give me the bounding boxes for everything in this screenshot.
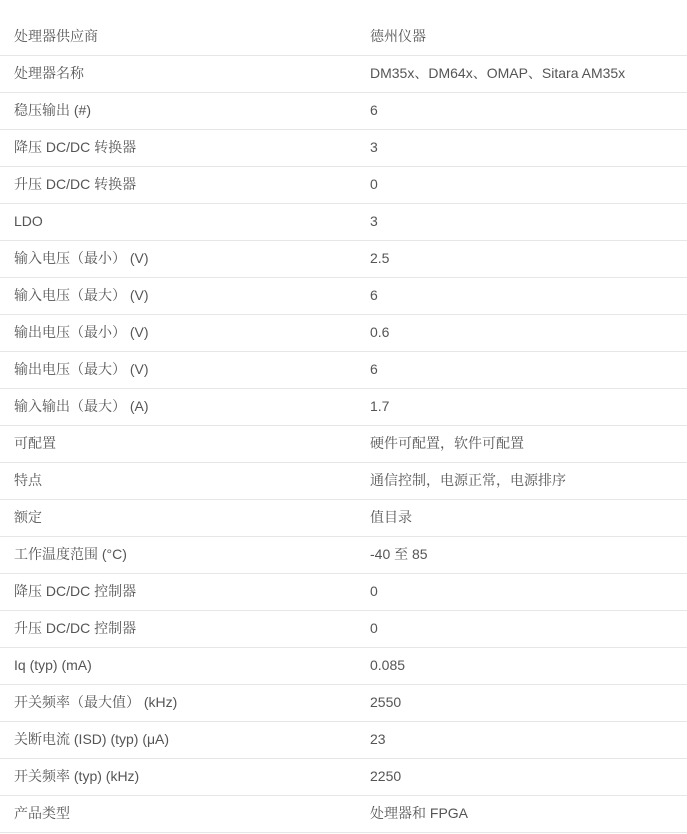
spec-label: 开关频率（最大值） (kHz) xyxy=(14,694,370,712)
spec-row: LDO 3 xyxy=(0,204,687,241)
spec-value: DM35x、DM64x、OMAP、Sitara AM35x xyxy=(370,65,687,83)
spec-row: 产品类型 处理器和 FPGA xyxy=(0,796,687,833)
spec-row: 关断电流 (ISD) (typ) (μA) 23 xyxy=(0,722,687,759)
spec-label: 稳压输出 (#) xyxy=(14,102,370,120)
spec-row: 输出电压（最大） (V) 6 xyxy=(0,352,687,389)
spec-row: 升压 DC/DC 转换器 0 xyxy=(0,167,687,204)
spec-value: 0 xyxy=(370,620,687,638)
spec-value: 3 xyxy=(370,213,687,231)
spec-label: 升压 DC/DC 控制器 xyxy=(14,620,370,638)
spec-label: 升压 DC/DC 转换器 xyxy=(14,176,370,194)
spec-value: 值目录 xyxy=(370,509,687,527)
spec-row: 处理器供应商 德州仪器 xyxy=(0,19,687,56)
spec-label: 输出电压（最大） (V) xyxy=(14,361,370,379)
spec-row: 输入输出（最大） (A) 1.7 xyxy=(0,389,687,426)
spec-label: 降压 DC/DC 转换器 xyxy=(14,139,370,157)
spec-value: 23 xyxy=(370,731,687,749)
spec-row: 特点 通信控制，电源正常，电源排序 xyxy=(0,463,687,500)
spec-label: 关断电流 (ISD) (typ) (μA) xyxy=(14,731,370,749)
spec-label: 特点 xyxy=(14,472,370,490)
spec-label: 工作温度范围 (°C) xyxy=(14,546,370,564)
spec-value: 3 xyxy=(370,139,687,157)
spec-label: 可配置 xyxy=(14,435,370,453)
spec-row: 输出电压（最小） (V) 0.6 xyxy=(0,315,687,352)
spec-value: 0 xyxy=(370,583,687,601)
spec-label: 输入输出（最大） (A) xyxy=(14,398,370,416)
spec-row: 额定 值目录 xyxy=(0,500,687,537)
spec-row: 处理器名称 DM35x、DM64x、OMAP、Sitara AM35x xyxy=(0,56,687,93)
spec-value: 0.085 xyxy=(370,657,687,675)
spec-row: 开关频率（最大值） (kHz) 2550 xyxy=(0,685,687,722)
spec-row: 开关频率 (typ) (kHz) 2250 xyxy=(0,759,687,796)
spec-page: 处理器供应商 德州仪器 处理器名称 DM35x、DM64x、OMAP、Sitar… xyxy=(0,0,687,834)
spec-value: 0.6 xyxy=(370,324,687,342)
spec-row: 降压 DC/DC 转换器 3 xyxy=(0,130,687,167)
spec-value: 0 xyxy=(370,176,687,194)
spec-label: 处理器名称 xyxy=(14,65,370,83)
spec-row: 工作温度范围 (°C) -40 至 85 xyxy=(0,537,687,574)
spec-value: 德州仪器 xyxy=(370,28,687,46)
spec-value: 2250 xyxy=(370,768,687,786)
spec-row: 稳压输出 (#) 6 xyxy=(0,93,687,130)
spec-row: 升压 DC/DC 控制器 0 xyxy=(0,611,687,648)
spec-row: 降压 DC/DC 控制器 0 xyxy=(0,574,687,611)
spec-row: 输入电压（最大） (V) 6 xyxy=(0,278,687,315)
spec-value: 2550 xyxy=(370,694,687,712)
spec-row: 输入电压（最小） (V) 2.5 xyxy=(0,241,687,278)
spec-label: 降压 DC/DC 控制器 xyxy=(14,583,370,601)
spec-row: 可配置 硬件可配置，软件可配置 xyxy=(0,426,687,463)
spec-value: 6 xyxy=(370,361,687,379)
spec-value: 处理器和 FPGA xyxy=(370,805,687,823)
spec-table: 处理器供应商 德州仪器 处理器名称 DM35x、DM64x、OMAP、Sitar… xyxy=(0,19,687,833)
spec-label: 输入电压（最小） (V) xyxy=(14,250,370,268)
spec-label: 开关频率 (typ) (kHz) xyxy=(14,768,370,786)
spec-value: 6 xyxy=(370,102,687,120)
spec-value: 硬件可配置，软件可配置 xyxy=(370,435,687,453)
spec-label: Iq (typ) (mA) xyxy=(14,657,370,675)
spec-label: 产品类型 xyxy=(14,805,370,823)
spec-value: 通信控制，电源正常，电源排序 xyxy=(370,472,687,490)
spec-value: 2.5 xyxy=(370,250,687,268)
spec-value: 1.7 xyxy=(370,398,687,416)
spec-label: 额定 xyxy=(14,509,370,527)
spec-row: Iq (typ) (mA) 0.085 xyxy=(0,648,687,685)
spec-label: 输入电压（最大） (V) xyxy=(14,287,370,305)
spec-label: 处理器供应商 xyxy=(14,28,370,46)
spec-label: 输出电压（最小） (V) xyxy=(14,324,370,342)
spec-label: LDO xyxy=(14,213,370,231)
spec-value: -40 至 85 xyxy=(370,546,687,564)
spec-value: 6 xyxy=(370,287,687,305)
